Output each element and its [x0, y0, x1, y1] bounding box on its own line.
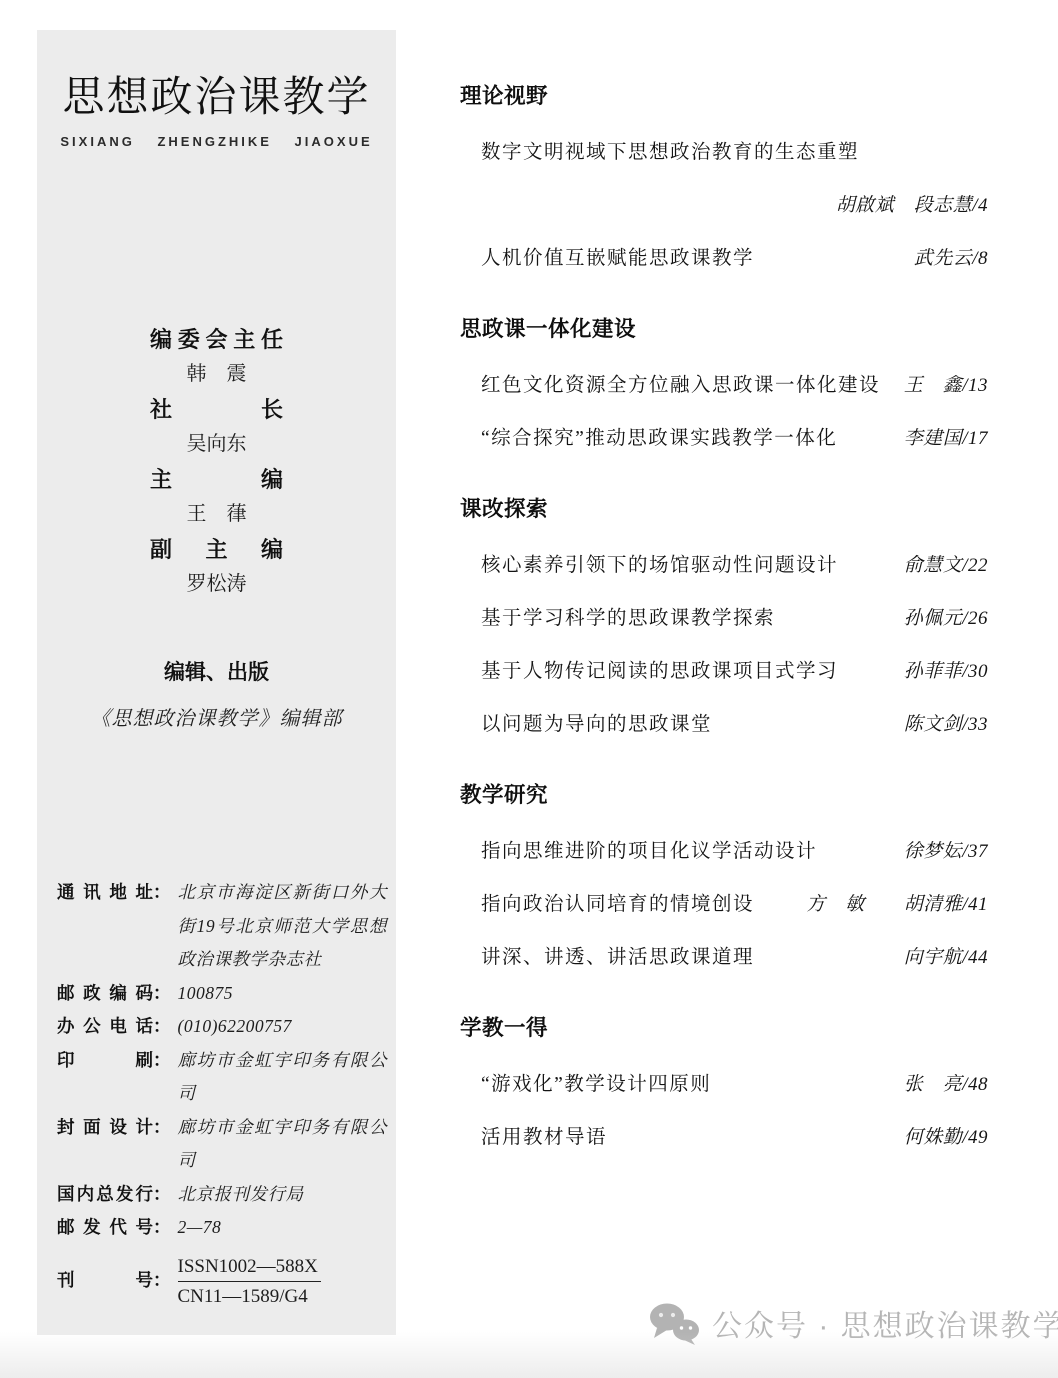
toc-article-title: “游戏化”教学设计四原则: [460, 1074, 711, 1096]
board-person-name: 罗松涛: [150, 567, 283, 602]
toc-article-authors: 王 鑫/13: [894, 375, 988, 397]
contact-colon: ：: [153, 1211, 171, 1245]
toc-article-row: 以问题为导向的思政课堂陈文剑/33: [460, 714, 988, 736]
contact-label-text: 邮政编码: [57, 977, 153, 1011]
contact-colon: ：: [153, 1044, 171, 1078]
contact-label: 封面设计：: [57, 1111, 171, 1145]
contact-label-text: 办公电话: [57, 1010, 153, 1044]
toc-article-row: 核心素养引领下的场馆驱动性问题设计俞慧文/22: [460, 555, 988, 577]
contact-label: 通讯地址：: [57, 876, 171, 910]
toc-article-title: 基于学习科学的思政课教学探索: [460, 608, 775, 630]
contact-row: 办公电话：(010)62200757: [57, 1010, 387, 1044]
contact-info: 通讯地址：北京市海淀区新街口外大街19号北京师范大学思想政治课教学杂志社邮政编码…: [57, 876, 387, 1310]
contact-label: 国内总发行：: [57, 1178, 171, 1212]
contact-value: 北京市海淀区新街口外大街19号北京师范大学思想政治课教学杂志社: [178, 876, 388, 977]
board-person-name: 吴向东: [150, 427, 283, 462]
table-of-contents: 理论视野数字文明视域下思想政治教育的生态重塑胡啟斌 段志慧/4人机价值互嵌赋能思…: [460, 84, 988, 1196]
contact-label-text: 国内总发行: [57, 1178, 153, 1212]
watermark-text: 公众号 · 思想政治课教学: [712, 1301, 1058, 1345]
toc-article-row: 数字文明视域下思想政治教育的生态重塑: [460, 142, 988, 164]
toc-article-authors: 张 亮/48: [894, 1074, 988, 1096]
contact-label-text: 邮发代号: [57, 1211, 153, 1245]
masthead: 思想政治课教学 SIXIANG ZHENGZHIKE JIAOXUE: [37, 64, 396, 149]
toc-article-authors: 何姝勤/49: [894, 1127, 988, 1149]
board-role-label: 编委会主任: [150, 322, 283, 357]
contact-colon: ：: [153, 1178, 171, 1212]
issue-number-fraction: ISSN1002—588XCN11—1589/G4: [178, 1253, 321, 1310]
toc-section-heading: 思政课一体化建设: [460, 317, 988, 341]
toc-article-authors: 胡啟斌 段志慧/4: [826, 195, 988, 216]
toc-article-authors: 俞慧文/22: [894, 555, 988, 577]
contact-label-text: 印刷: [57, 1044, 153, 1078]
contact-row: 封面设计：廊坊市金虹宇印务有限公司: [57, 1111, 387, 1178]
toc-article-authors: 向宇航/44: [894, 947, 988, 969]
toc-article-row: “游戏化”教学设计四原则张 亮/48: [460, 1074, 988, 1096]
board-person-name: 韩 震: [150, 357, 283, 392]
board-role-label: 主编: [150, 462, 283, 497]
magazine-title: 思想政治课教学: [37, 64, 396, 124]
toc-article-title: 活用教材导语: [460, 1127, 607, 1149]
contact-label: 刊号：: [57, 1264, 171, 1298]
toc-section: 思政课一体化建设红色文化资源全方位融入思政课一体化建设王 鑫/13“综合探究”推…: [460, 317, 988, 450]
toc-section: 课改探索核心素养引领下的场馆驱动性问题设计俞慧文/22基于学习科学的思政课教学探…: [460, 497, 988, 736]
toc-article-row: 活用教材导语何姝勤/49: [460, 1127, 988, 1149]
toc-article-title: 以问题为导向的思政课堂: [460, 714, 712, 736]
left-info-panel: 思想政治课教学 SIXIANG ZHENGZHIKE JIAOXUE 编委会主任…: [37, 30, 396, 1335]
contact-value: 2—78: [178, 1211, 388, 1245]
toc-section: 理论视野数字文明视域下思想政治教育的生态重塑胡啟斌 段志慧/4人机价值互嵌赋能思…: [460, 84, 988, 270]
contact-row: 邮发代号：2—78: [57, 1211, 387, 1245]
contact-label: 印刷：: [57, 1044, 171, 1078]
cn-number: CN11—1589/G4: [178, 1282, 321, 1310]
toc-article-authors: 陈文剑/33: [894, 714, 988, 736]
toc-article-authors: 方 敏 胡清雅/41: [796, 894, 988, 916]
toc-article-title: 指向思维进阶的项目化议学活动设计: [460, 841, 817, 863]
toc-article-title: 讲深、讲透、讲活思政课道理: [460, 947, 754, 969]
contact-label-text: 刊号: [57, 1264, 153, 1298]
toc-article-title: “综合探究”推动思政课实践教学一体化: [460, 428, 837, 450]
contact-value: 廊坊市金虹宇印务有限公司: [178, 1111, 388, 1178]
contact-row: 国内总发行：北京报刊发行局: [57, 1178, 387, 1212]
toc-article-row: 人机价值互嵌赋能思政课教学武先云/8: [460, 248, 988, 270]
board-role-label: 副主编: [150, 532, 283, 567]
toc-article-row: 基于人物传记阅读的思政课项目式学习孙菲菲/30: [460, 661, 988, 683]
contact-label: 办公电话：: [57, 1010, 171, 1044]
contact-label: 邮发代号：: [57, 1211, 171, 1245]
toc-article-row: 红色文化资源全方位融入思政课一体化建设王 鑫/13: [460, 375, 988, 397]
toc-section-heading: 理论视野: [460, 84, 988, 108]
board-person-name: 王 葎: [150, 497, 283, 532]
contact-label: 邮政编码：: [57, 977, 171, 1011]
toc-article-title: 数字文明视域下思想政治教育的生态重塑: [460, 142, 859, 164]
toc-section-heading: 学教一得: [460, 1016, 988, 1040]
contact-colon: ：: [153, 977, 171, 1011]
toc-article-title: 核心素养引领下的场馆驱动性问题设计: [460, 555, 838, 577]
toc-article-title: 人机价值互嵌赋能思政课教学: [460, 248, 754, 270]
toc-article-authors: 孙佩元/26: [894, 608, 988, 630]
toc-article-row: 基于学习科学的思政课教学探索孙佩元/26: [460, 608, 988, 630]
toc-section: 学教一得“游戏化”教学设计四原则张 亮/48活用教材导语何姝勤/49: [460, 1016, 988, 1149]
magazine-title-pinyin: SIXIANG ZHENGZHIKE JIAOXUE: [37, 134, 396, 149]
publisher-name: 《思想政治课教学》编辑部: [37, 702, 396, 731]
toc-article-row: “综合探究”推动思政课实践教学一体化李建国/17: [460, 428, 988, 450]
contact-label-text: 通讯地址: [57, 876, 153, 910]
contact-row: 印刷：廊坊市金虹宇印务有限公司: [57, 1044, 387, 1111]
toc-section: 教学研究指向思维进阶的项目化议学活动设计徐梦妘/37指向政治认同培育的情境创设方…: [460, 783, 988, 969]
magazine-toc-page: 思想政治课教学 SIXIANG ZHENGZHIKE JIAOXUE 编委会主任…: [0, 0, 1058, 1378]
wechat-watermark: 公众号 · 思想政治课教学: [648, 1301, 1058, 1345]
contact-colon: ：: [153, 876, 171, 910]
toc-author-line: 胡啟斌 段志慧/4: [460, 195, 988, 217]
contact-colon: ：: [153, 1111, 171, 1145]
toc-article-row: 讲深、讲透、讲活思政课道理向宇航/44: [460, 947, 988, 969]
toc-article-authors: 武先云/8: [904, 248, 988, 270]
contact-label-text: 封面设计: [57, 1111, 153, 1145]
toc-section-heading: 教学研究: [460, 783, 988, 807]
contact-colon: ：: [153, 1010, 171, 1044]
contact-row: 邮政编码：100875: [57, 977, 387, 1011]
publishing-heading: 编辑、出版: [37, 660, 396, 686]
toc-article-row: 指向思维进阶的项目化议学活动设计徐梦妘/37: [460, 841, 988, 863]
toc-article-title: 基于人物传记阅读的思政课项目式学习: [460, 661, 838, 683]
board-role-label: 社长: [150, 392, 283, 427]
editorial-board: 编委会主任韩 震社长吴向东主编王 葎副主编罗松涛: [150, 322, 290, 602]
toc-article-authors: 孙菲菲/30: [894, 661, 988, 683]
contact-value: 100875: [178, 977, 388, 1011]
toc-section-heading: 课改探索: [460, 497, 988, 521]
contact-value: (010)62200757: [178, 1010, 388, 1044]
publishing-block: 编辑、出版 《思想政治课教学》编辑部: [37, 660, 396, 731]
contact-value: 北京报刊发行局: [178, 1178, 388, 1212]
toc-article-authors: 李建国/17: [894, 428, 988, 450]
wechat-icon: [648, 1301, 700, 1345]
toc-article-title: 指向政治认同培育的情境创设: [460, 894, 754, 916]
toc-article-authors: 徐梦妘/37: [894, 841, 988, 863]
issn-number: ISSN1002—588X: [178, 1253, 321, 1282]
contact-row: 通讯地址：北京市海淀区新街口外大街19号北京师范大学思想政治课教学杂志社: [57, 876, 387, 977]
issue-number-row: 刊号：ISSN1002—588XCN11—1589/G4: [57, 1253, 387, 1310]
contact-colon: ：: [153, 1264, 171, 1298]
contact-value: 廊坊市金虹宇印务有限公司: [178, 1044, 388, 1111]
toc-article-title: 红色文化资源全方位融入思政课一体化建设: [460, 375, 880, 397]
toc-article-row: 指向政治认同培育的情境创设方 敏 胡清雅/41: [460, 894, 988, 916]
